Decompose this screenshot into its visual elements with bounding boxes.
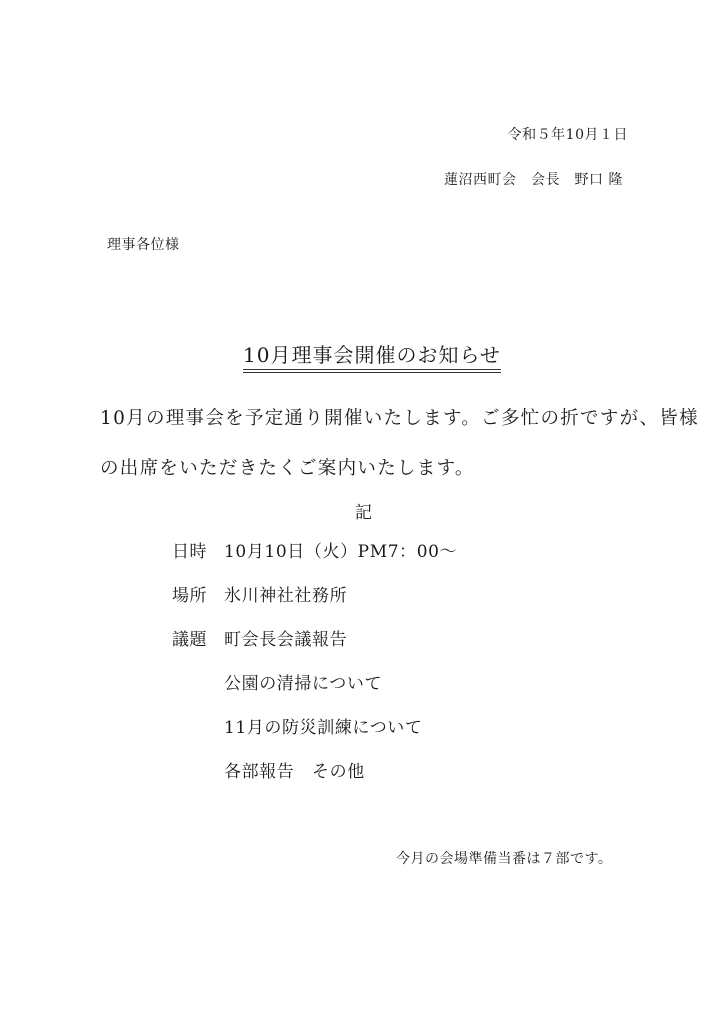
- agenda-item: 各部報告 その他: [172, 764, 457, 808]
- location-value: 氷川神社社務所: [224, 588, 347, 605]
- datetime-label: 日時: [172, 544, 224, 561]
- agenda-label: 議題: [172, 632, 224, 649]
- duty-note: 今月の会場準備当番は７部です。: [396, 852, 612, 866]
- issue-date: 令和５年10月１日: [508, 128, 628, 142]
- ki-heading: 記: [355, 505, 372, 522]
- title-block: 10月理事会開催のお知らせ: [243, 345, 501, 373]
- agenda-item: 11月の防災訓練について: [172, 720, 457, 764]
- sender-signature: 蓮沼西町会 会長 野口 隆: [444, 173, 623, 187]
- agenda-item: 公園の清掃について: [172, 676, 457, 720]
- location-label: 場所: [172, 588, 224, 605]
- detail-row-agenda: 議題 町会長会議報告: [172, 632, 457, 676]
- agenda-item: 町会長会議報告: [224, 632, 347, 649]
- meeting-details: 日時 10月10日（火）PM7：00～ 場所 氷川神社社務所 議題 町会長会議報…: [172, 544, 457, 808]
- detail-row-datetime: 日時 10月10日（火）PM7：00～: [172, 544, 457, 588]
- body-line: 10月の理事会を予定通り開催いたします。ご多忙の折ですが、皆様: [100, 410, 640, 460]
- datetime-value: 10月10日（火）PM7：00～: [224, 544, 457, 561]
- document-page: 令和５年10月１日 蓮沼西町会 会長 野口 隆 理事各位様 10月理事会開催のお…: [0, 0, 718, 1024]
- recipient-salutation: 理事各位様: [107, 238, 180, 252]
- document-title: 10月理事会開催のお知らせ: [243, 345, 501, 373]
- detail-row-location: 場所 氷川神社社務所: [172, 588, 457, 632]
- body-paragraph: 10月の理事会を予定通り開催いたします。ご多忙の折ですが、皆様 の出席をいただき…: [100, 410, 640, 510]
